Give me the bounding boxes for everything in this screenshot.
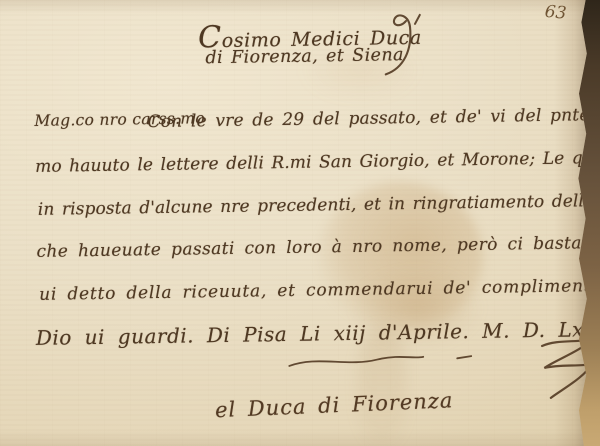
body-line: che haueuate passati con loro à nro nome…	[36, 232, 600, 262]
heading-flourish-mark	[377, 10, 430, 83]
letter-paper: 63 Cosimo Medici Duca di Fiorenza, et Si…	[0, 0, 600, 446]
body-line: mo hauuto le lettere delli R.mi San Gior…	[35, 147, 600, 177]
dateline-swash-mark	[285, 349, 475, 372]
docket-signature: el Duca di Fiorenza	[215, 388, 454, 422]
heading-line-2: di Fiorenza, et Siena	[205, 45, 404, 68]
paraph-flourish-mark	[538, 335, 599, 406]
folio-number: 63	[544, 2, 567, 24]
body-line: Con le vre de 29 del passato, et de' vi …	[147, 104, 600, 132]
body-line: ui detto della riceuuta, et commendarui …	[39, 275, 600, 305]
manuscript-scan: 63 Cosimo Medici Duca di Fiorenza, et Si…	[0, 0, 600, 446]
letter-content: 63 Cosimo Medici Duca di Fiorenza, et Si…	[0, 0, 600, 446]
body-line: in risposta d'alcune nre precedenti, et …	[38, 190, 600, 220]
dateline: Dio ui guardi. Di Pisa Li xiij d'Aprile.…	[36, 317, 584, 350]
